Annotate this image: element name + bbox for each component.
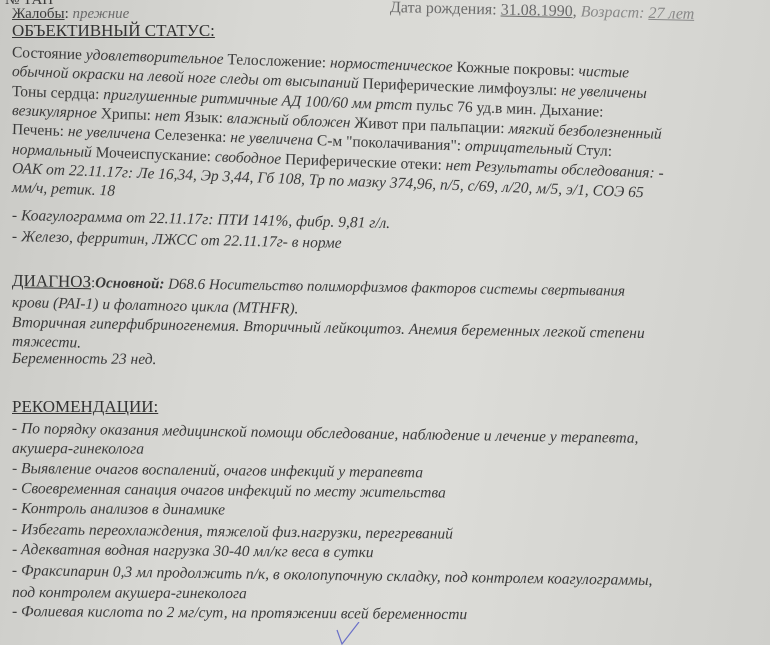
diagnosis-line-0: D68.6 Носительство полиморфизмов факторо… <box>168 276 625 299</box>
diagnosis-line: Беременность 23 нед. <box>12 350 157 368</box>
finding-label: Хрипы: <box>100 105 155 124</box>
diagnosis-line: тяжести. <box>12 333 82 352</box>
lab-test-line: - Коагулограмма от 22.11.17г: ПТИ 141%, … <box>12 207 391 232</box>
finding-value: отрицательный <box>465 138 577 159</box>
lab-test-line: - Железо, ферритин, ЛЖСС от 22.11.17г- в… <box>12 228 342 252</box>
recommendations-heading: РЕКОМЕНДАЦИИ: <box>12 398 158 415</box>
recommendation-item: - Избегать переохлаждения, тяжелой физ.н… <box>12 521 453 543</box>
finding-value: нет <box>155 107 185 125</box>
recommendation-item: - Фолиевая кислота по 2 мг/сут, на протя… <box>12 603 467 623</box>
finding-value: не увеличена <box>68 123 155 143</box>
recommendation-item: акушера-гинеколога <box>12 440 144 458</box>
finding-value: мм/ч, ретик. 18 <box>12 179 116 200</box>
finding-value: не увеличена <box>230 129 317 149</box>
diagnosis-main-label: Основной: <box>95 275 164 292</box>
finding-label: Тоны сердца: <box>12 83 104 103</box>
finding-label: Стул: <box>576 142 612 160</box>
diagnosis-heading: ДИАГНОЗ <box>12 271 91 291</box>
recommendation-item: - Контроль анализов в динамике <box>12 500 225 518</box>
complaints-value: прежние <box>72 6 129 22</box>
medical-record-page: № ТАП Дата рождения: 31.08.1990, Возраст… <box>0 0 770 645</box>
finding-label: Печень: <box>12 121 69 140</box>
objective-status-heading: ОБЪЕКТИВНЫЙ СТАТУС: <box>12 22 215 39</box>
finding-label: Состояние <box>12 44 86 63</box>
age-label: Возраст: <box>580 3 644 21</box>
finding-value: не увеличены <box>561 82 647 102</box>
finding-label: Телосложение: <box>227 51 330 71</box>
finding-label: Мочеиспускание: <box>95 144 215 165</box>
objective-line: мм/ч, ретик. 18 <box>12 179 116 200</box>
recommendation-item: - Адекватная водная нагрузка 30-40 мл/кг… <box>12 541 374 561</box>
complaints-label: Жалобы <box>12 6 65 22</box>
finding-value: чистые <box>578 63 629 82</box>
finding-value: нормостеническое <box>330 55 457 76</box>
finding-value: нормальный <box>12 141 96 161</box>
birth-date-label: Дата рождения: <box>390 0 497 18</box>
finding-label: Селезенка: <box>154 126 230 146</box>
finding-value: удовлетворительное <box>86 46 228 68</box>
birth-info: Дата рождения: 31.08.1990, Возраст: 27 л… <box>390 0 695 23</box>
age-value: 27 лет <box>648 5 694 23</box>
finding-label: Кожные покровы: <box>456 59 579 80</box>
finding-value: влажный обложен <box>227 110 355 132</box>
recommendation-item: под контролем акушера-гинеколога <box>12 584 247 602</box>
finding-label: Язык: <box>184 108 227 127</box>
finding-value: свободное <box>215 148 286 168</box>
diagnosis-line: Вторичная гиперфибриногенемия. Вторичный… <box>12 314 645 342</box>
handwritten-checkmark-icon <box>333 622 363 645</box>
recommendation-item: - Выявление очагов воспалений, очагов ин… <box>12 460 423 481</box>
recommendation-item: - Своевременная санация очагов инфекций … <box>12 480 446 502</box>
finding-value: везикулярное <box>12 102 101 122</box>
birth-date-value: 31.08.1990 <box>500 2 572 21</box>
finding-label: С-м "поколачивания": <box>317 132 466 154</box>
